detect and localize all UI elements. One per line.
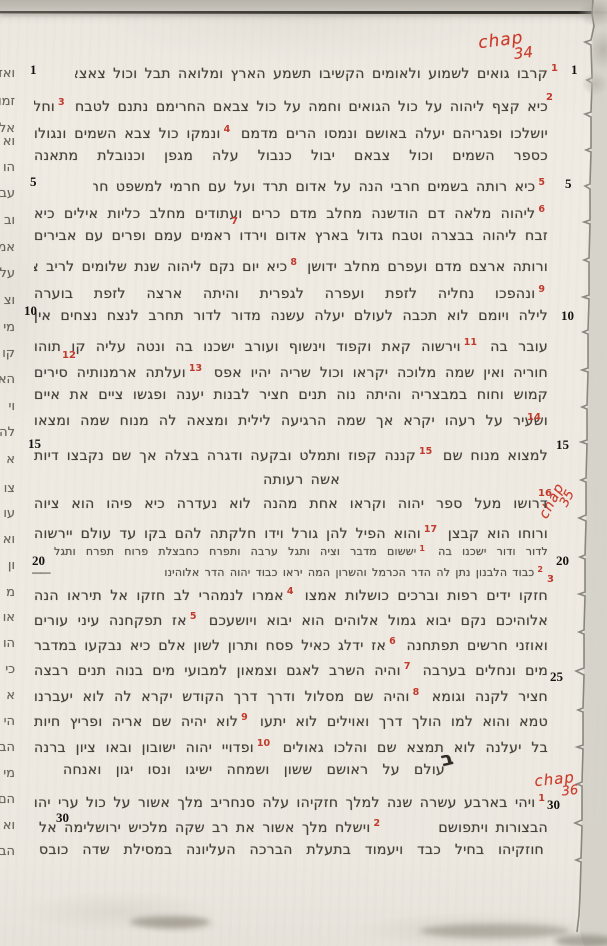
line-number-right-1: 1	[571, 62, 578, 78]
verse-number-red: 4	[224, 124, 231, 135]
manuscript-line-19: לדור ודור ישכנו בה 1יששום מדבר וציה ותגל…	[54, 541, 548, 558]
manuscript-line-14: ושעיר על רעהו יקרא אך שמה הרגיעה לילית ו…	[34, 411, 548, 434]
line-number-right-5: 5	[565, 176, 572, 192]
manuscript-line-15: למצוא מנוח שם 15קננה קפוז ותמלט ובקעה וד…	[34, 441, 548, 464]
hebrew-text: ורותה ארצם מדם ועפרם מחלב ידושן	[307, 259, 548, 275]
hebrew-text: ועלתה ארמנותיה סירים	[34, 365, 186, 381]
hebrew-text: ונמקו כול צבא השמים ונגולו	[34, 126, 221, 142]
left-edge-fragment: זמו	[0, 94, 15, 109]
red-verse-mark-2: 2	[546, 92, 553, 103]
manuscript-line-21: חזקו ידים רפות וברכים כושלות אמצו 4אמרו …	[34, 581, 548, 604]
line-number-left-5: 5	[30, 174, 37, 190]
verse-number-red: 8	[413, 687, 420, 698]
blank-gap	[49, 575, 159, 576]
verse-number-red: 2	[373, 818, 380, 829]
scan-top-edge	[0, 0, 607, 13]
line-number-left-15: 15	[28, 436, 41, 452]
manuscript-line-10: לילה ויומם לוא תכבה לעולם יעלה עשנה מדור…	[34, 306, 548, 329]
hebrew-text: כיא יום נקם ליהוה שנת שלומים לריב ציון	[34, 259, 287, 275]
hebrew-text: עולם על ראושם ששון ושמחה ישיגו ונסו יגון…	[63, 762, 445, 778]
left-edge-fragment: וא	[0, 818, 15, 833]
manuscript-line-31: חוזקיהו בחיל כבד ויעמוד בתעלת הברכה העלי…	[39, 840, 544, 863]
verse-number-red: 4	[287, 586, 294, 597]
line-number-right-10: 10	[561, 308, 574, 324]
verse-number-red: 13	[189, 363, 202, 374]
hebrew-text: והיה השרב לאגם וצמאון למבועי מים בנוה תנ…	[34, 663, 401, 679]
blank-gap	[383, 831, 431, 832]
line-number-right-20: 20	[556, 553, 569, 569]
left-edge-fragment: וב	[0, 213, 15, 228]
line-number-left-10: 10	[24, 303, 37, 319]
manuscript-line-17: דרושו מעל ספר יהוה וקראו אחת מהנה לוא נע…	[34, 494, 548, 517]
manuscript-line-20: 2כבוד הלבנון נתן לה הדר הכרמל והשרון המה…	[32, 562, 546, 579]
top-crack-line	[0, 11, 607, 14]
hebrew-text: הבצורות ויתפושם	[438, 820, 548, 836]
hebrew-text: וירשוה קאת וקפוד וינשוף ועורב ישכנו בה ו…	[34, 339, 461, 355]
verse-number-red: 2	[537, 565, 543, 574]
left-edge-fragment: צו	[0, 481, 15, 496]
left-edge-fragment: הם	[0, 792, 15, 807]
hebrew-text: ואוזני חרשים תפתחנה	[407, 638, 549, 654]
hebrew-text: וישלח מלך אשור את רב שקה מלכיש ירושלימה …	[34, 820, 370, 836]
left-edge-fragment: א	[0, 452, 15, 467]
verse-number-red: 5	[190, 611, 197, 622]
left-edge-fragment: לה	[0, 425, 15, 440]
hebrew-text: חציר לקנה וגומא	[432, 689, 548, 705]
left-edge-fragment: מי	[0, 766, 15, 781]
manuscript-line-13: קמוש וחוח במבצריה והיתה נוה תנים חציר לב…	[34, 385, 548, 408]
left-edge-fragment: מ	[0, 585, 15, 600]
manuscript-line-7: זבח ליהוה בבצרה וטבח גדול בארץ אדום וירד…	[34, 226, 548, 249]
manuscript-line-2: כיא קצף ליהוה על כול הגואים וחמה על כול …	[34, 92, 548, 115]
hebrew-text: בל יעלנה לוא תמצא שם והלכו גאולים	[283, 740, 548, 756]
hebrew-text: כספר השמים וכול צבאם יבול כנבול עלה מגפן…	[34, 148, 548, 164]
verse-number-red: 5	[538, 177, 545, 188]
left-edge-fragment: וצ	[0, 293, 15, 308]
hebrew-text: דרושו מעל ספר יהוה וקראו אחת מהנה לוא נע…	[34, 496, 548, 512]
hebrew-text: למצוא מנוח שם	[443, 448, 548, 464]
left-edge-fragment: עב	[0, 186, 15, 201]
manuscript-line-29: 1ויהי בארבע עשרה שנה למלך חזקיהו עלה סנח…	[34, 788, 548, 811]
left-edge-fragment: וי	[0, 399, 15, 414]
hebrew-text: אז תפקחנה עיני עורים	[34, 613, 187, 629]
line-number-left-30: 30	[56, 810, 69, 826]
left-edge-fragment: עו	[0, 506, 15, 521]
chapter-number: 36	[561, 783, 579, 800]
hebrew-text: יששום מדבר וציה ותגל ערבה ותפרח כחבצלת פ…	[54, 545, 416, 558]
hebrew-text: כיא רותה בשמים חרבי הנה על אדום תרד ועל …	[93, 179, 535, 195]
manuscript-line-18: ורוחו הוא קבצן 17והוא הפיל להן גורל וידו…	[34, 519, 548, 542]
manuscript-line-8: ורותה ארצם מדם ועפרם מחלב ידושן 8כיא יום…	[34, 252, 548, 275]
hebrew-text: כבוד הלבנון נתן לה הדר הכרמל והשרון המה …	[164, 566, 534, 579]
manuscript-line-28: עולם על ראושם ששון ושמחה ישיגו ונסו יגון…	[63, 760, 445, 783]
left-edge-fragment: הב	[0, 740, 15, 755]
red-verse-mark-14: 14	[527, 412, 541, 423]
left-edge-fragment: על	[0, 266, 15, 281]
verse-number-red: 6	[389, 636, 396, 647]
hebrew-text: והוא הפיל להן גורל וידו חלקתה להם בקו עד…	[34, 526, 421, 542]
verse-number-red: 9	[538, 284, 545, 295]
verse-number-red: 10	[257, 738, 270, 749]
verse-number-red: 1	[419, 544, 425, 553]
hebrew-text: כיא קצף ליהוה על כול הגואים וחמה על כול …	[75, 99, 548, 115]
line-number-right-25: 25	[550, 669, 563, 685]
bottom-stain	[420, 924, 570, 938]
red-verse-mark-1: 1	[551, 63, 558, 74]
line-number-left-20: 20	[32, 553, 45, 569]
hebrew-text: ויהי בארבע עשרה שנה למלך חזקיהו עלה סנחר…	[34, 795, 535, 811]
manuscript-line-16: אשה רעותה	[230, 470, 340, 493]
red-verse-mark-16: 16	[538, 488, 552, 499]
hebrew-text: מים ונחלים בערבה	[423, 663, 548, 679]
hebrew-text: ושעיר על רעהו יקרא אך שמה הרגיעה לילית ו…	[34, 413, 548, 429]
left-edge-fragment: קו	[0, 346, 15, 361]
hebrew-text: לילה ויומם לוא תכבה לעולם יעלה עשנה מדור…	[34, 308, 548, 324]
ragged-edge-graphic	[561, 0, 607, 946]
manuscript-line-23: ואוזני חרשים תפתחנה 6אז ידלג כאיל פסח ות…	[34, 631, 548, 654]
red-verse-mark-12: 12	[62, 350, 76, 361]
left-edge-fragment: הו	[0, 636, 15, 651]
left-edge-fragment: א	[0, 688, 15, 703]
left-edge-fragment: מי	[0, 320, 15, 335]
manuscript-line-30: הבצורות ויתפושם 2וישלח מלך אשור את רב שק…	[34, 813, 548, 836]
manuscript-line-9: 9ונהפכו נחליה לזפת ועפרה לגפרית והיתה אר…	[34, 279, 548, 302]
hebrew-text: חזקו ידים רפות וברכים כושלות אמצו	[305, 588, 548, 604]
manuscript-line-4: כספר השמים וכול צבאם יבול כנבול עלה מגפן…	[34, 146, 548, 169]
left-edge-fragment: אמ	[0, 240, 15, 255]
bottom-stain	[555, 935, 607, 946]
left-edge-fragment: וא	[0, 532, 15, 547]
manuscript-line-5: 5כיא רותה בשמים חרבי הנה על אדום תרד ועל…	[93, 172, 548, 195]
chapter-number: 34	[513, 43, 534, 63]
hebrew-text: ופדויי יהוה ישובון ובאו ציון ברנה	[34, 740, 254, 756]
manuscript-line-6: 6ליהוה מלאה דם הודשנה מחלב מדם כרים ועתו…	[34, 199, 548, 222]
hebrew-text: עובר בה	[490, 339, 548, 355]
hebrew-text: קננה קפוז ותמלט ובקעה ודגרה בצלה אך שם נ…	[34, 448, 416, 464]
left-edge-fragment: הו	[0, 160, 15, 175]
verse-number-red: 1	[538, 793, 545, 804]
hebrew-text: אשה רעותה	[263, 472, 340, 488]
left-edge-fragment: הב	[0, 844, 15, 859]
hebrew-text: קמוש וחוח במבצריה והיתה נוה תנים חציר לב…	[34, 387, 548, 403]
hebrew-text: לדור ודור ישכנו בה	[438, 545, 548, 558]
line-number-left-1: 1	[30, 62, 37, 78]
left-edge-fragment: וא	[0, 134, 15, 149]
verse-number-red: 11	[464, 337, 477, 348]
left-edge-fragment: ואז	[0, 66, 15, 81]
hebrew-text: אמרו לנמהרי לב חזקו אל תיראו הנה	[34, 588, 284, 604]
red-verse-mark-3: 3	[547, 574, 554, 585]
red-verse-mark-7: 7	[231, 216, 238, 227]
verse-number-red: 6	[538, 204, 545, 215]
hebrew-text: לוא יהיה שם אריה ופריץ חיות	[34, 714, 238, 730]
manuscript-line-22: אלוהיכם נקם יבוא גמול אלוהים הוא יבוא וי…	[34, 606, 548, 629]
hebrew-text: ונהפכו נחליה לזפת ועפרה לגפרית והיתה ארצ…	[34, 286, 535, 302]
verse-number-red: 8	[290, 257, 297, 268]
top-right-stain	[567, 0, 607, 100]
verse-number-red: 17	[424, 524, 437, 535]
manuscript-line-11: עובר בה 11וירשוה קאת וקפוד וינשוף ועורב …	[34, 332, 548, 355]
verse-number-red: 3	[58, 97, 65, 108]
hebrew-text: אז ידלג כאיל פסח ותרון לשון אלם כיא נבקע…	[34, 638, 386, 654]
hebrew-text: קרבו גואים לשמוע ולאומים הקשיבו תשמע האר…	[75, 66, 548, 82]
manuscript-line-25: חציר לקנה וגומא 8והיה שם מסלול ודרך דרך …	[34, 682, 548, 705]
manuscript-line-24: מים ונחלים בערבה 7והיה השרב לאגם וצמאון …	[34, 656, 548, 679]
line-number-right-15: 15	[556, 437, 569, 453]
manuscript-line-26: טמא והוא למו הולך דרך ואוילים לוא יתעו 9…	[34, 707, 548, 730]
hebrew-text: יושלכו ופגריהם יעלה באושם ונמסו הרים מדמ…	[241, 126, 548, 142]
hebrew-text: זבח ליהוה בבצרה וטבח גדול בארץ אדום וירד…	[34, 228, 548, 244]
hebrew-text: חוריה ואין שמה מלוכה יקראו וכול שריה יהי…	[214, 365, 548, 381]
verse-number-red: 15	[419, 446, 432, 457]
left-edge-fragment: כי	[0, 662, 15, 677]
hebrew-text: ורוחו הוא קבצן	[448, 526, 548, 542]
left-edge-fragment: הא	[0, 372, 15, 387]
manuscript-line-12: חוריה ואין שמה מלוכה יקראו וכול שריה יהי…	[34, 358, 548, 381]
hebrew-text: והיה שם מסלול ודרך דרך הקודש יקרא לה לוא…	[34, 689, 410, 705]
hebrew-text: ליהוה מלאה דם הודשנה מחלב מדם כרים ועתוד…	[34, 206, 535, 222]
manuscript-line-3: יושלכו ופגריהם יעלה באושם ונמסו הרים מדמ…	[34, 119, 548, 142]
left-edge-fragment: או	[0, 610, 15, 625]
verse-number-red: 7	[404, 661, 411, 672]
manuscript-line-27: בל יעלנה לוא תמצא שם והלכו גאולים 10ופדו…	[34, 733, 548, 756]
manuscript-page: chap 34 chap 35 chap 36 ב תבל קרבו גואים…	[0, 0, 607, 946]
left-edge-fragment: הי	[0, 714, 15, 729]
left-edge-fragment: ון	[0, 558, 15, 573]
hebrew-text: אלוהיכם נקם יבוא גמול אלוהים הוא יבוא וי…	[209, 613, 548, 629]
chapter-mark-34: chap 34	[477, 27, 534, 67]
manuscript-line-1: קרבו גואים לשמוע ולאומים הקשיבו תשמע האר…	[75, 64, 548, 87]
bottom-stain	[130, 916, 210, 928]
verse-number-red: 9	[241, 712, 248, 723]
page-right-edge-zone	[561, 0, 607, 946]
hebrew-text: טמא והוא למו הולך דרך ואוילים לוא יתעו	[260, 714, 548, 730]
line-number-right-30: 30	[547, 797, 560, 813]
hebrew-text: וחלליהם	[34, 99, 55, 115]
hebrew-text: חוזקיהו בחיל כבד ויעמוד בתעלת הברכה העלי…	[39, 842, 544, 858]
